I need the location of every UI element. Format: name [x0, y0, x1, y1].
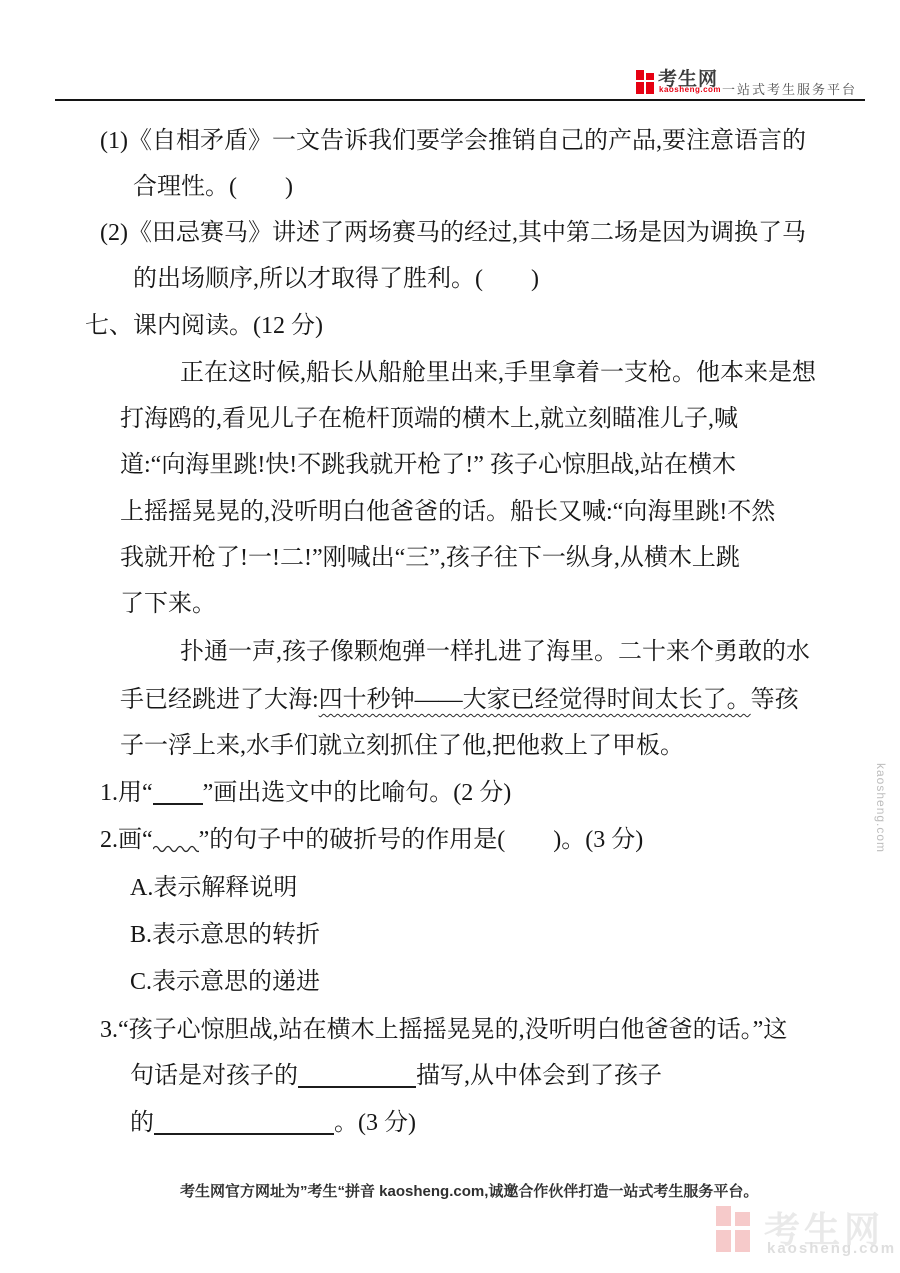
header-divider	[55, 99, 865, 101]
question-3-line-2-pre: 句话是对孩子的	[130, 1063, 298, 1089]
passage-p1-line-1: 正在这时候,船长从船舱里出来,手里拿着一支枪。他本来是想	[180, 359, 816, 387]
question-3-line-2: 句话是对孩子的描写,从中体会到了孩子	[130, 1062, 662, 1090]
question-2-pre: 2.画“	[100, 827, 153, 853]
passage-wavy-underlined-sentence: 四十秒钟——大家已经觉得时间太长了。	[319, 687, 751, 713]
footer-note: 考生网官方网址为”考生“拼音 kaosheng.com,诚邀合作伙伴打造一站式考…	[180, 1180, 758, 1201]
question-3-answer-blank-2	[154, 1115, 334, 1135]
question-3-line-3-post: 。(3 分)	[334, 1110, 416, 1136]
question-3-line-1: 3.“孩子心惊胆战,站在横木上摇摇晃晃的,没听明白他爸爸的话。”这	[100, 1016, 787, 1044]
passage-p1-line-4: 上摇摇晃晃的,没听明白他爸爸的话。船长又喊:“向海里跳!不然	[120, 498, 775, 526]
passage-p2-line-1: 扑通一声,孩子像颗炮弹一样扎进了海里。二十来个勇敢的水	[180, 638, 810, 666]
worksheet-page: 考生网 kaosheng.com 一站式考生服务平台 (1)《自相矛盾》一文告诉…	[0, 0, 900, 1273]
passage-p2-line-2: 手已经跳进了大海:四十秒钟——大家已经觉得时间太长了。等孩	[120, 686, 799, 714]
question-2: 2.画“”的句子中的破折号的作用是( )。(3 分)	[100, 826, 643, 854]
option-c: C.表示意思的递进	[130, 968, 320, 996]
question-1-solid-line-blank	[153, 785, 203, 805]
judge-item-1-line-2: 合理性。( )	[133, 173, 293, 201]
judge-item-1-line-1: (1)《自相矛盾》一文告诉我们要学会推销自己的产品,要注意语言的	[100, 127, 806, 155]
judge-item-2-line-1: (2)《田忌赛马》讲述了两场赛马的经过,其中第二场是因为调换了马	[100, 219, 806, 247]
brand-tagline: 一站式考生服务平台	[722, 79, 857, 98]
judge-item-2-line-2: 的出场顺序,所以才取得了胜利。( )	[133, 265, 539, 293]
corner-watermark-domain: kaosheng.com	[767, 1240, 896, 1257]
option-b: B.表示意思的转折	[130, 921, 320, 949]
question-2-wavy-line-blank	[153, 841, 199, 853]
question-1-post: ”画出选文中的比喻句。(2 分)	[203, 780, 512, 806]
question-3-line-3-pre: 的	[130, 1110, 154, 1136]
passage-p1-line-2: 打海鸥的,看见儿子在桅杆顶端的横木上,就立刻瞄准儿子,喊	[120, 405, 738, 433]
side-watermark: kaosheng.com	[874, 763, 888, 853]
passage-p1-line-3: 道:“向海里跳!快!不跳我就开枪了!” 孩子心惊胆战,站在横木	[120, 451, 736, 479]
question-1-pre: 1.用“	[100, 780, 153, 806]
brand-domain: kaosheng.com	[659, 85, 721, 94]
passage-p2-line-3: 子一浮上来,水手们就立刻抓住了他,把他救上了甲板。	[120, 732, 684, 760]
passage-p1-line-5: 我就开枪了!一!二!”刚喊出“三”,孩子往下一纵身,从横木上跳	[120, 544, 740, 572]
passage-p2-line-2-post: 等孩	[751, 687, 799, 713]
question-3-answer-blank-1	[298, 1068, 416, 1088]
question-3-line-2-post: 描写,从中体会到了孩子	[416, 1063, 662, 1089]
question-2-post: ”的句子中的破折号的作用是( )。(3 分)	[199, 827, 644, 853]
option-a: A.表示解释说明	[130, 874, 297, 902]
question-3-line-3: 的。(3 分)	[130, 1109, 416, 1137]
question-1: 1.用“”画出选文中的比喻句。(2 分)	[100, 779, 511, 807]
passage-p1-line-6: 了下来。	[120, 590, 216, 618]
section-heading: 七、课内阅读。(12 分)	[85, 312, 323, 340]
passage-p2-line-2-pre: 手已经跳进了大海:	[120, 687, 319, 713]
